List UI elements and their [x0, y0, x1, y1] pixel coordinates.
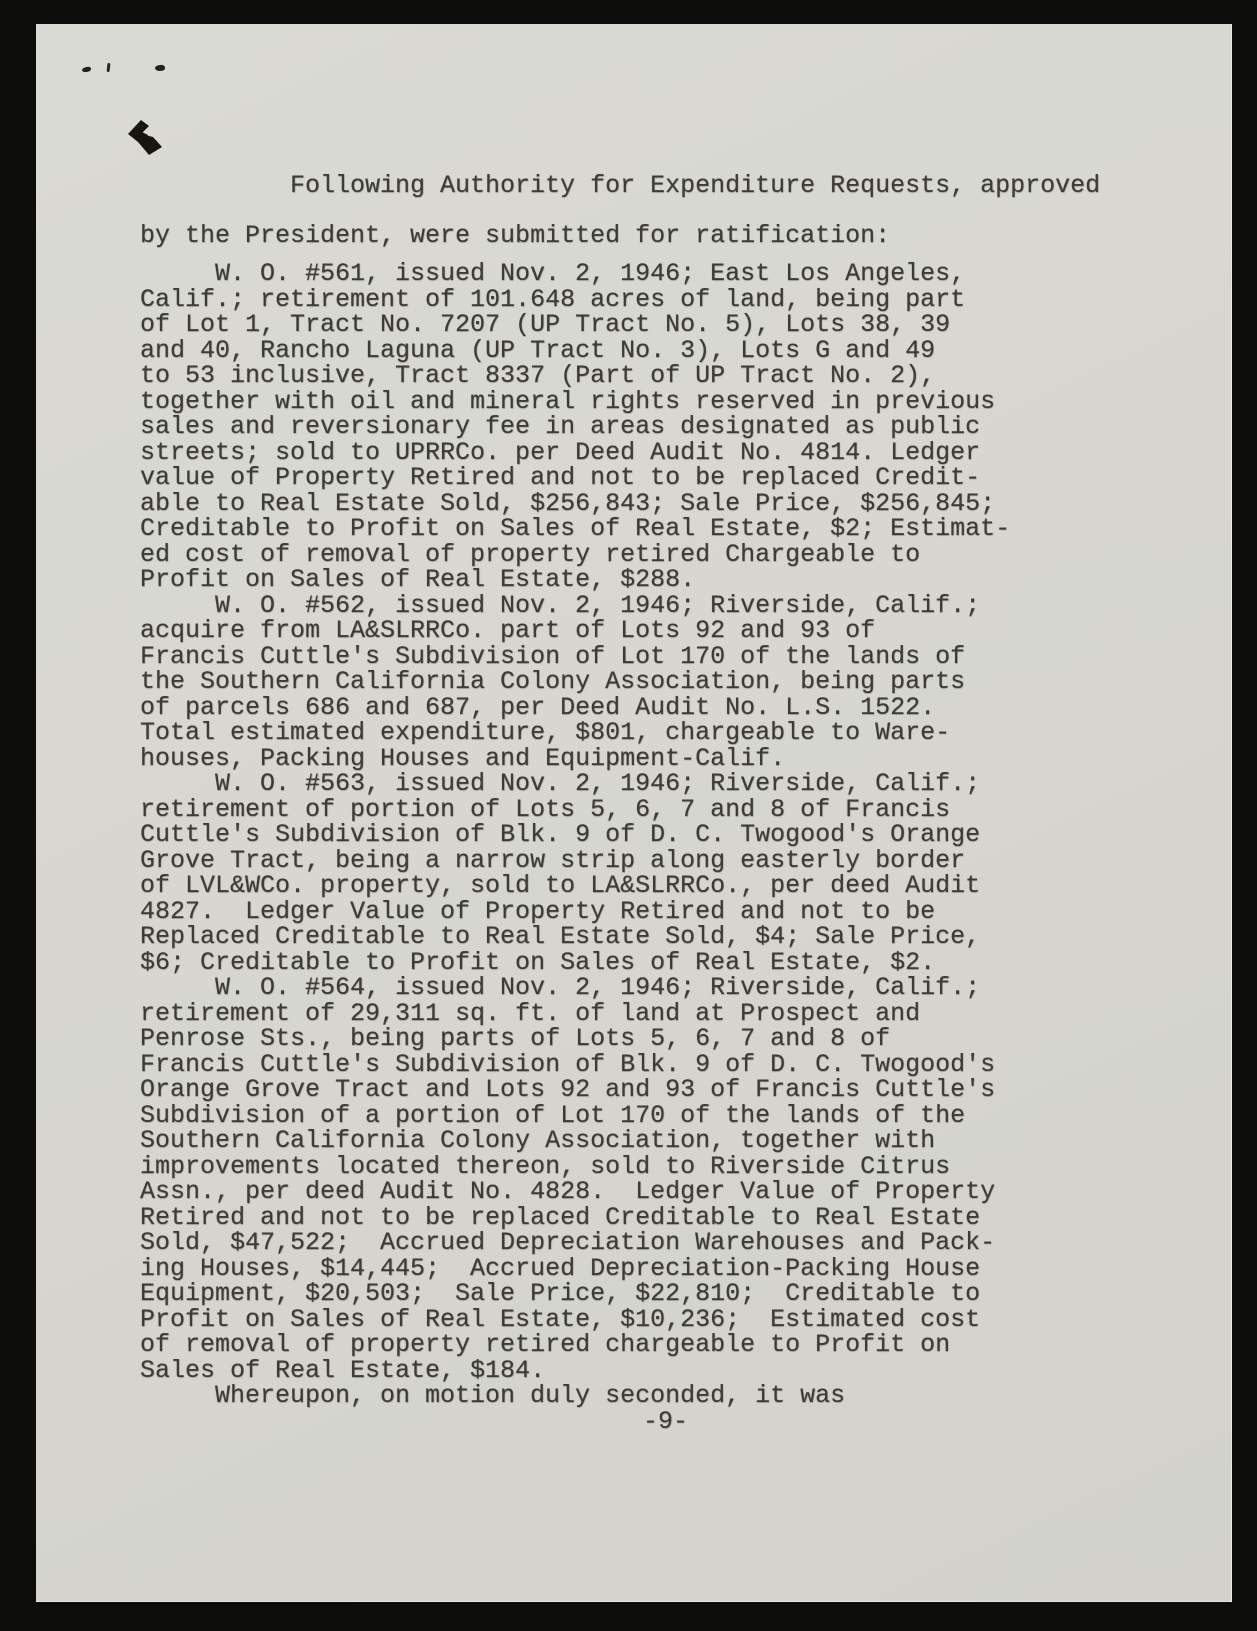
work-order-561-paragraph: W. O. #561, issued Nov. 2, 1946; East Lo…	[140, 261, 1191, 593]
closing-line: Whereupon, on motion duly seconded, it w…	[140, 1383, 1191, 1409]
ink-speck	[155, 64, 166, 71]
work-order-562-paragraph: W. O. #562, issued Nov. 2, 1946; Riversi…	[140, 593, 1191, 772]
ink-blot-mark	[126, 118, 164, 155]
scan-surface: Following Authority for Expenditure Requ…	[0, 0, 1257, 1631]
ink-speck	[82, 66, 92, 72]
page-number: -9-	[140, 1409, 1191, 1435]
work-order-564-paragraph: W. O. #564, issued Nov. 2, 1946; Riversi…	[140, 975, 1191, 1383]
ink-speck	[107, 63, 111, 72]
document-page: Following Authority for Expenditure Requ…	[36, 24, 1232, 1602]
work-order-563-paragraph: W. O. #563, issued Nov. 2, 1946; Riversi…	[140, 771, 1191, 975]
intro-paragraph: Following Authority for Expenditure Requ…	[140, 161, 1191, 261]
